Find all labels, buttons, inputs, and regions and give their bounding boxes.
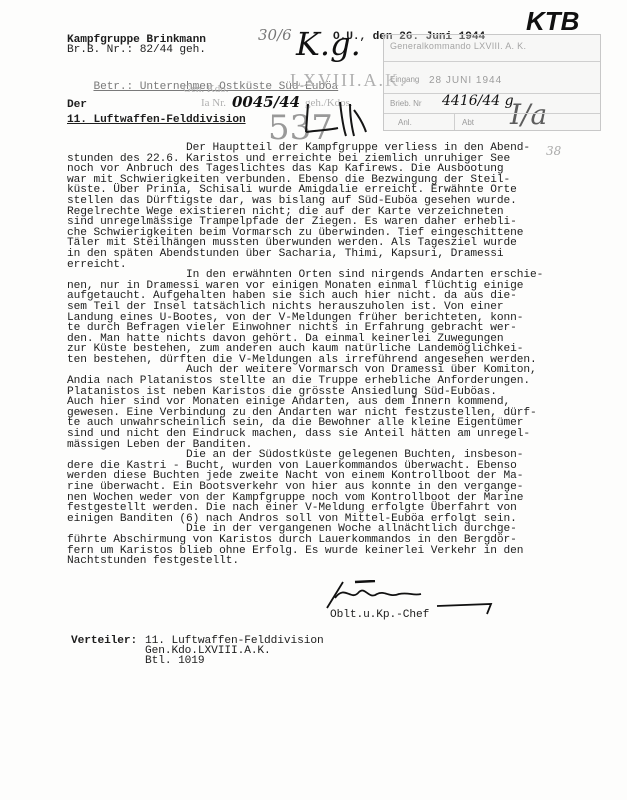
ktb-annotation: KTB — [526, 6, 579, 37]
body-line: stellen das Dürftigste dar, was bislang … — [67, 196, 543, 207]
faded-stamp-gen-kdo: Gen. Kdo. — [183, 83, 229, 95]
body-line: in den späten Abendstunden über Sacharia… — [67, 249, 543, 260]
stamp-anl-label: Anl. — [398, 118, 412, 127]
body-line: führte Abschirmung von Karistos durch La… — [67, 535, 543, 546]
body-line: Der Hauptteil der Kampfgruppe verliess i… — [67, 143, 543, 154]
signatory-title: Oblt.u.Kp.-Chef — [330, 610, 429, 620]
recipient-label: Der — [67, 100, 87, 110]
stamp-eingang-date: 28 JUNI 1944 — [429, 75, 502, 86]
recipient-division: 11. Luftwaffen-Felddivision — [67, 115, 246, 125]
initial-scrawl-icon — [300, 100, 400, 140]
receipt-stamp: Generalkommando LXVIII. A. K. Eingang 28… — [383, 34, 601, 131]
stamp-title: Generalkommando LXVIII. A. K. — [390, 41, 526, 51]
document-page: Kampfgruppe Brinkmann Br.B. Nr.: 82/44 g… — [0, 0, 627, 800]
report-body: Der Hauptteil der Kampfgruppe verliess i… — [67, 143, 543, 567]
stamp-eingang-label: Eingang — [390, 75, 419, 84]
fraction-annotation: 30/6 — [258, 26, 292, 44]
initials-annotation: K.g. — [296, 25, 361, 63]
signature-dash-icon — [435, 600, 495, 616]
distribution-label: Verteiler: — [71, 636, 137, 646]
ia-label: Ia Nr. — [201, 97, 226, 109]
distribution-entry: Btl. 1019 — [145, 656, 205, 666]
stamp-brief-nr-value: 4416/44 g — [442, 93, 514, 109]
body-line: rine überwacht. Ein Bootsverkehr von hie… — [67, 482, 543, 493]
body-line: sem Teil der Insel tatsächlich nichts he… — [67, 302, 543, 313]
sender-reference: Br.B. Nr.: 82/44 geh. — [67, 45, 206, 55]
margin-number-annotation: 38 — [546, 144, 561, 158]
body-line: Nachtstunden festgestellt. — [67, 556, 543, 567]
signature-scrawl-icon — [325, 580, 445, 610]
stamp-abt-label: Abt — [462, 118, 474, 127]
